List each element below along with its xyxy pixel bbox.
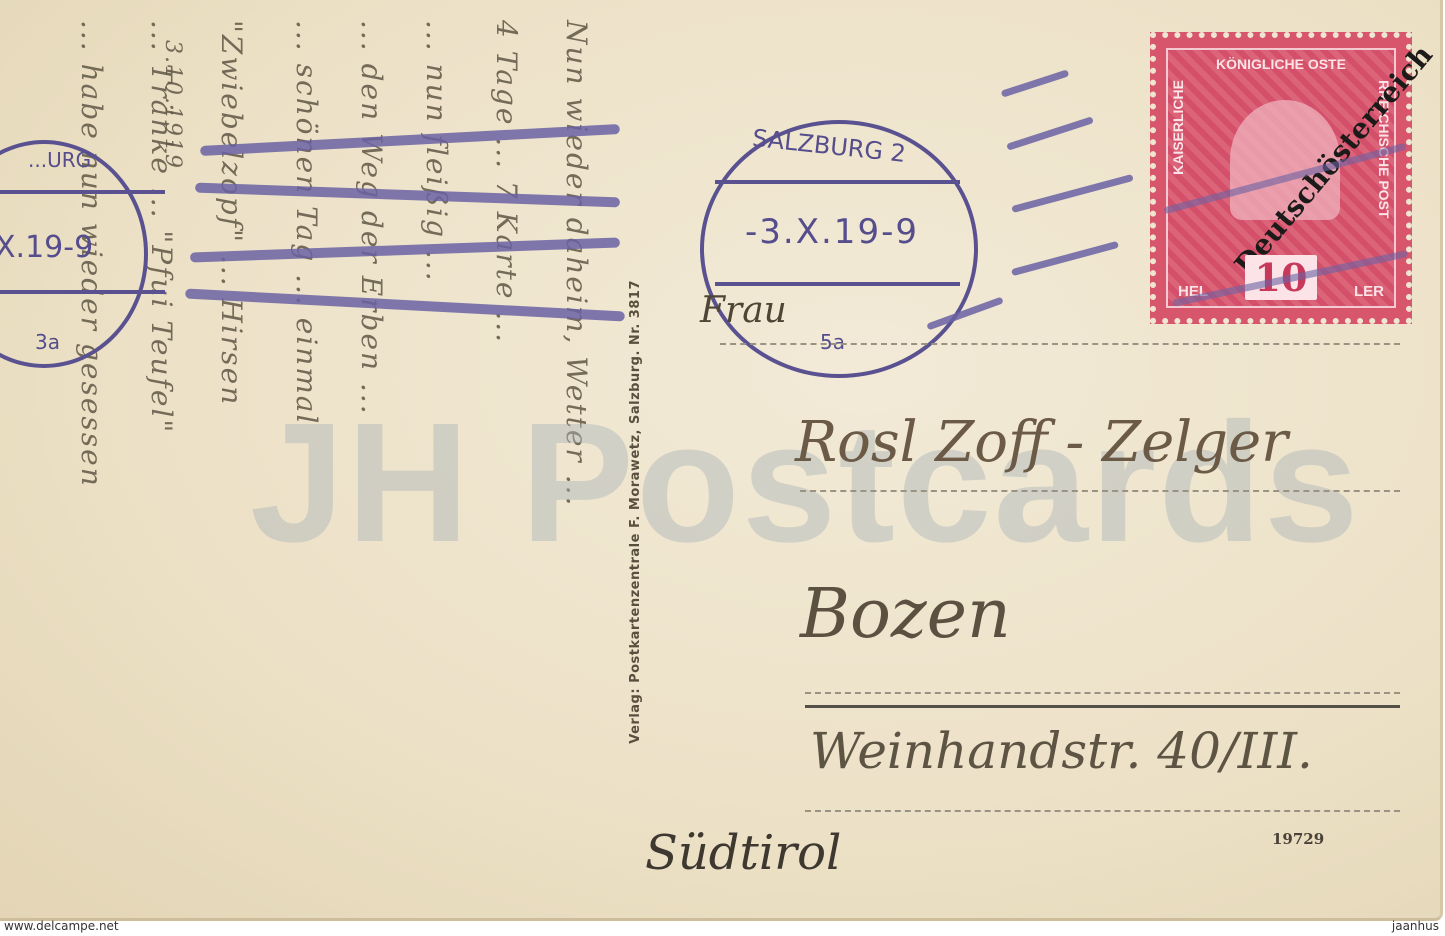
footer-site-link[interactable]: www.delcampe.net xyxy=(4,919,119,933)
address-city: Bozen xyxy=(800,575,1011,654)
cancel-wave-line xyxy=(200,124,620,156)
cancel-line xyxy=(1006,116,1094,150)
postmark-left-code: 3a xyxy=(35,330,60,354)
address-street: Weinhandstr. 40/III. xyxy=(810,722,1313,780)
postmark-bar xyxy=(715,180,960,184)
message-column: 4 Tage ... 7 Karte ... xyxy=(490,20,523,344)
postmark-left-date: X.19-9 xyxy=(0,230,93,265)
address-region: Südtirol xyxy=(645,825,841,881)
cancel-wave-line xyxy=(195,183,620,208)
message-column: ... schönen Tag ... einmal xyxy=(290,20,323,425)
postmark-bar xyxy=(0,190,165,194)
cancel-line xyxy=(1001,69,1070,97)
postmark-bar xyxy=(0,290,165,294)
message-column: ... den Weg der Erben ... xyxy=(355,20,388,416)
publisher-imprint: Verlag: Postkartenzentrale F. Morawetz, … xyxy=(628,280,643,744)
cancel-wave-line xyxy=(190,237,620,262)
address-salutation: Frau xyxy=(700,290,787,331)
card-serial-number: 19729 xyxy=(1272,830,1324,848)
stamp-top-text: KÖNIGLICHE OSTE xyxy=(1168,56,1394,72)
postmark-left-city: ...URG xyxy=(28,148,91,172)
address-line xyxy=(805,692,1400,694)
postmark-code: 5a xyxy=(820,330,845,354)
stamp-currency-right: LER xyxy=(1354,283,1384,300)
footer-seller-name: jaanhus xyxy=(1392,919,1439,933)
address-line xyxy=(720,343,1400,345)
message-column: "Zwiebelzopf" ... Hirsen xyxy=(215,20,248,406)
handwritten-date: 3.10.1919 xyxy=(160,40,185,170)
postmark-bar xyxy=(715,282,960,286)
cancel-line xyxy=(1011,241,1119,276)
message-column: Nun wieder daheim, Wetter ... xyxy=(560,20,593,507)
stamp-left-text: KAISERLICHE xyxy=(1170,80,1186,175)
cancel-wave-line xyxy=(185,288,625,321)
address-line xyxy=(805,810,1400,812)
cancel-line xyxy=(1011,174,1134,213)
postcard: Nun wieder daheim, Wetter ... 4 Tage ...… xyxy=(0,0,1443,921)
address-divider xyxy=(805,705,1400,708)
postmark-date: -3.X.19-9 xyxy=(745,212,919,252)
address-line xyxy=(800,490,1400,492)
address-name: Rosl Zoff - Zelger xyxy=(795,410,1288,475)
